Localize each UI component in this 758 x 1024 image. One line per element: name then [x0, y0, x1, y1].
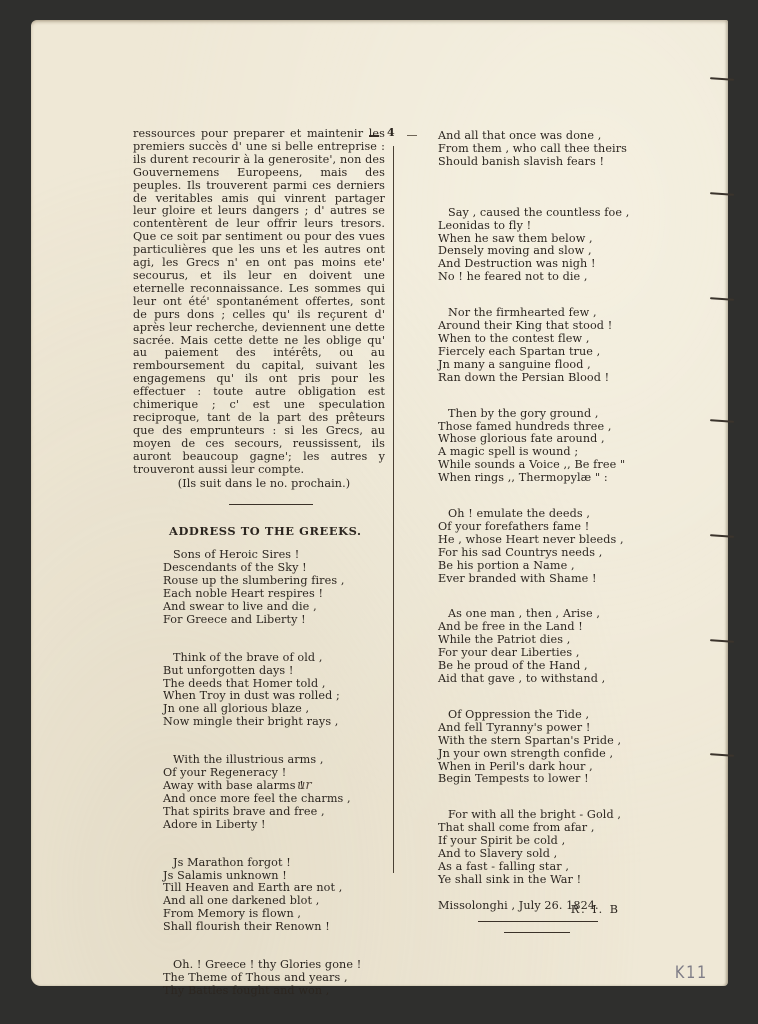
verse-line: Then by the gory ground ,	[438, 408, 648, 421]
verse-line: Be his portion a Name ,	[438, 560, 648, 573]
verse-line: Begin Tempests to lower !	[438, 773, 648, 786]
verse-line: Think of the brave of old ,	[163, 652, 385, 665]
header-dash-right	[407, 135, 417, 136]
continuation-note: (Ils suit dans le no. prochain.)	[133, 478, 385, 491]
page-edge-tear	[710, 419, 734, 423]
verse-line: And swear to live and die ,	[163, 601, 385, 614]
stanza: Of Oppression the Tide , And fell Tyrann…	[438, 709, 648, 786]
verse-line: Ran down the Persian Blood !	[438, 372, 648, 385]
verse-line: Ever branded with Shame !	[438, 573, 648, 586]
verse-line: That spirits brave and free ,	[163, 806, 385, 819]
page-edge-tear	[710, 297, 734, 301]
stanza: Oh ! emulate the deeds , Of your forefat…	[438, 508, 648, 585]
verse-line: Say , caused the countless foe ,	[438, 207, 648, 220]
french-article-text: ressources pour preparer et maintenir le…	[133, 128, 385, 476]
right-column: And all that once was done , From them ,…	[438, 130, 648, 933]
page-edge-tear	[710, 534, 734, 538]
closing-rule-short	[504, 932, 570, 933]
verse-line: Oh ! emulate the deeds ,	[438, 508, 648, 521]
verse-line: As a fast - falling star ,	[438, 861, 648, 874]
stanza: For with all the bright - Gold , That sh…	[438, 809, 648, 886]
verse-line: Jn many a sanguine flood ,	[438, 359, 648, 372]
verse-line: Away with base alarms !	[163, 780, 385, 793]
verse-line: Leonidas to fly !	[438, 220, 648, 233]
stanza-continuation: And all that once was done , From them ,…	[438, 130, 648, 169]
verse-line: Jn your own strength confide ,	[438, 748, 648, 761]
stanza: Say , caused the countless foe , Leonida…	[438, 207, 648, 284]
newspaper-page: 4 ressources pour preparer et maintenir …	[31, 20, 728, 986]
verse-line: Of Oppression the Tide ,	[438, 709, 648, 722]
verse-line: With the stern Spartan's Pride ,	[438, 735, 648, 748]
verse-line: But unforgotten days !	[163, 665, 385, 678]
verse-line: When to the contest flew ,	[438, 333, 648, 346]
verse-line: From them , who call thee theirs	[438, 143, 648, 156]
verse-line: Fiercely each Spartan true ,	[438, 346, 648, 359]
verse-line: The Theme of Thous and years ,	[163, 972, 385, 985]
verse-line: Adore in Liberty !	[163, 819, 385, 832]
section-rule	[229, 504, 313, 505]
stanza: Oh. ! Greece ! thy Glories gone ! The Th…	[133, 959, 385, 998]
stanza: With the illustrious arms , Of your Rege…	[133, 754, 385, 831]
verse-line: And once more feel the charms ,	[163, 793, 385, 806]
verse-line: Shall flourish their Renown !	[163, 921, 385, 934]
verse-line: For Greece and Liberty !	[163, 614, 385, 627]
stanza: Js Marathon forgot ! Js Salamis unknown …	[133, 857, 385, 934]
column-divider	[393, 146, 394, 873]
verse-line: Aid that gave , to withstand ,	[438, 673, 648, 686]
page-edge-tear	[710, 639, 734, 643]
verse-line: No ! he feared not to die ,	[438, 271, 648, 284]
page-number: 4	[387, 126, 395, 139]
page-edge-tear	[710, 192, 734, 196]
verse-line: And all that once was done ,	[438, 130, 648, 143]
verse-line: Js Marathon forgot !	[163, 857, 385, 870]
stanza: Nor the firmhearted few , Around their K…	[438, 307, 648, 384]
article-paragraph: ressources pour preparer et maintenir le…	[133, 128, 385, 476]
page-edge-tear	[710, 753, 734, 757]
verse-line: Of your forefathers fame !	[438, 521, 648, 534]
page-edge-tear	[710, 77, 734, 81]
verse-line: He , whose Heart never bleeds ,	[438, 534, 648, 547]
stanza: Think of the brave of old , But unforgot…	[133, 652, 385, 729]
archive-pencil-mark: K11	[675, 963, 708, 983]
verse-line: And fell Tyranny's power !	[438, 722, 648, 735]
verse-line: Thy Battles fought and won ,	[163, 985, 385, 998]
verse-line: Each noble Heart respires !	[163, 588, 385, 601]
verse-line: Ye shall sink in the War !	[438, 874, 648, 887]
handwritten-correction: ur	[297, 778, 312, 793]
verse-line: Now mingle their bright rays ,	[163, 716, 385, 729]
stanza: Then by the gory ground , Those famed hu…	[438, 408, 648, 485]
stanza: Sons of Heroic Sires ! Descendants of th…	[133, 549, 385, 626]
verse-line: Should banish slavish fears !	[438, 156, 648, 169]
verse-line: Oh. ! Greece ! thy Glories gone !	[163, 959, 385, 972]
verse-line: When rings ,, Thermopylæ " :	[438, 472, 648, 485]
verse-line: For his sad Countrys needs ,	[438, 547, 648, 560]
stanza: As one man , then , Arise , And be free …	[438, 608, 648, 685]
left-column: ressources pour preparer et maintenir le…	[133, 128, 385, 998]
closing-rule	[478, 921, 598, 922]
poem-title: ADDRESS TO THE GREEKS.	[169, 525, 385, 538]
